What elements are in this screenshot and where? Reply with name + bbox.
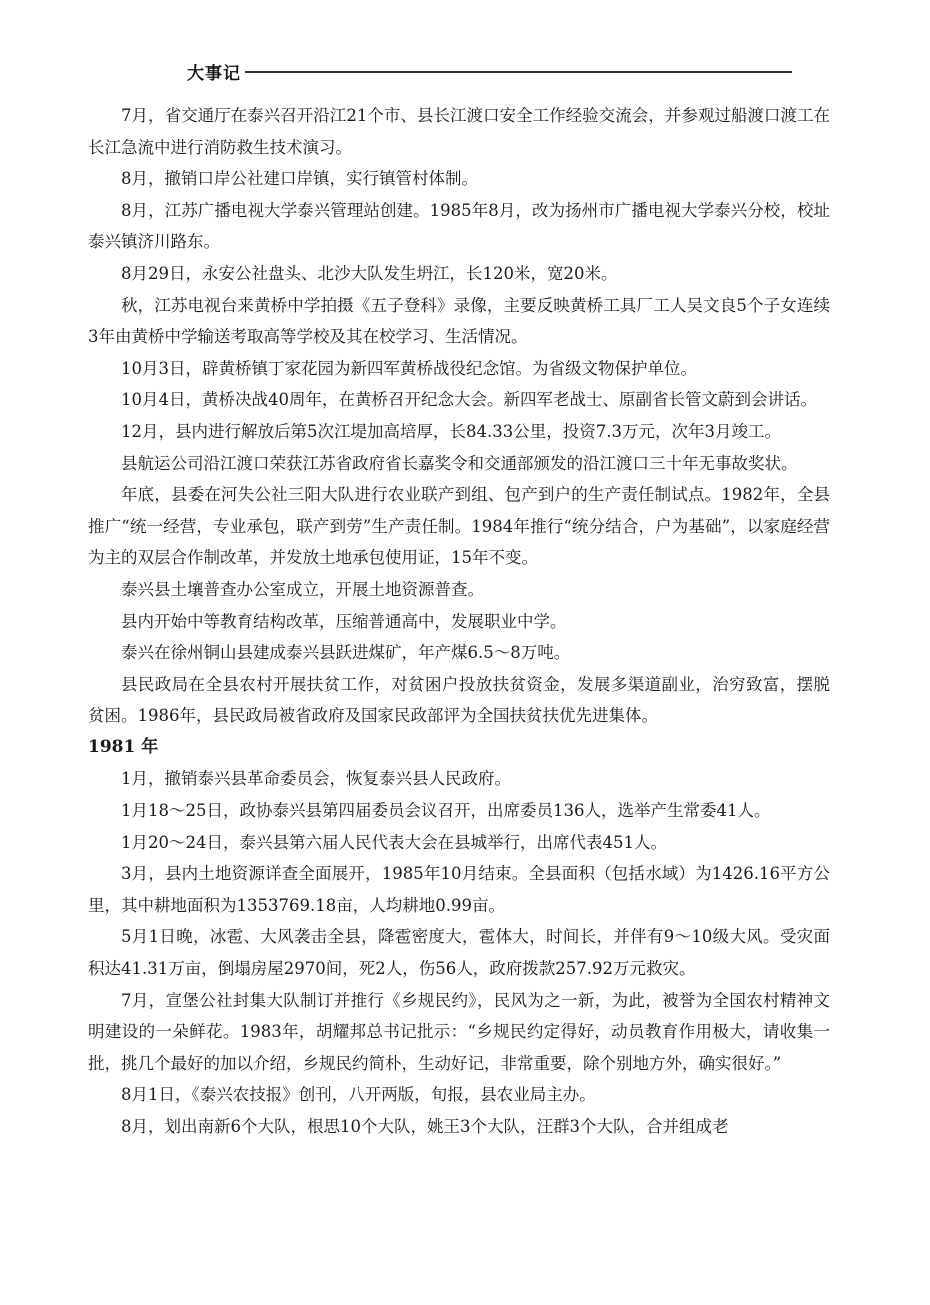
entry-paragraph: 秋，江苏电视台来黄桥中学拍摄《五子登科》录像，主要反映黄桥工具厂工人吴文良5个子… <box>88 290 830 353</box>
entry-paragraph: 8月，划出南新6个大队，根思10个大队，姚王3个大队，汪群3个大队，合并组成老 <box>88 1111 830 1143</box>
entry-paragraph: 7月，宣堡公社封集大队制订并推行《乡规民约》，民风为之一新，为此，被誉为全国农村… <box>88 985 830 1080</box>
entry-paragraph: 1月，撤销泰兴县革命委员会，恢复泰兴县人民政府。 <box>88 763 830 795</box>
page-body: 7月，省交通厅在泰兴召开沿江21个市、县长江渡口安全工作经验交流会，并参观过船渡… <box>88 100 830 1143</box>
entry-paragraph: 5月1日晚，冰雹、大风袭击全县，降雹密度大，雹体大，时间长，并伴有9～10级大风… <box>88 921 830 984</box>
entry-paragraph: 县航运公司沿江渡口荣获江苏省政府省长嘉奖令和交通部颁发的沿江渡口三十年无事故奖状… <box>88 448 830 480</box>
running-header-title: 大事记 <box>187 59 241 84</box>
entry-paragraph: 8月，撤销口岸公社建口岸镇，实行镇管村体制。 <box>88 163 830 195</box>
entry-paragraph: 县内开始中等教育结构改革，压缩普通高中，发展职业中学。 <box>88 606 830 638</box>
entry-paragraph: 泰兴在徐州铜山县建成泰兴县跃进煤矿，年产煤6.5～8万吨。 <box>88 637 830 669</box>
entry-paragraph: 1月20～24日，泰兴县第六届人民代表大会在县城举行，出席代表451人。 <box>88 827 830 859</box>
entry-paragraph: 7月，省交通厅在泰兴召开沿江21个市、县长江渡口安全工作经验交流会，并参观过船渡… <box>88 100 830 163</box>
entry-paragraph: 泰兴县土壤普查办公室成立，开展土地资源普查。 <box>88 574 830 606</box>
entry-paragraph: 年底，县委在河失公社三阳大队进行农业联产到组、包产到户的生产责任制试点。1982… <box>88 479 830 574</box>
entry-paragraph: 8月，江苏广播电视大学泰兴管理站创建。1985年8月，改为扬州市广播电视大学泰兴… <box>88 195 830 258</box>
entry-paragraph: 1月18～25日，政协泰兴县第四届委员会议召开，出席委员136人，选举产生常委4… <box>88 795 830 827</box>
entry-paragraph: 8月29日，永安公社盘头、北沙大队发生坍江，长120米，宽20米。 <box>88 258 830 290</box>
entry-paragraph: 8月1日，《泰兴农技报》创刊，八开两版，旬报，县农业局主办。 <box>88 1079 830 1111</box>
year-heading-1981: 1981 年 <box>88 732 830 764</box>
header-rule <box>245 71 792 73</box>
entry-paragraph: 10月4日，黄桥决战40周年，在黄桥召开纪念大会。新四军老战士、原副省长管文蔚到… <box>88 384 830 416</box>
entry-paragraph: 10月3日，辟黄桥镇丁家花园为新四军黄桥战役纪念馆。为省级文物保护单位。 <box>88 353 830 385</box>
running-header: 大事记 <box>187 60 792 82</box>
entry-paragraph: 3月，县内土地资源详查全面展开，1985年10月结束。全县面积（包括水域）为14… <box>88 858 830 921</box>
entry-paragraph: 12月，县内进行解放后第5次江堤加高培厚，长84.33公里，投资7.3万元，次年… <box>88 416 830 448</box>
entry-paragraph: 县民政局在全县农村开展扶贫工作，对贫困户投放扶贫资金，发展多渠道副业，治穷致富，… <box>88 669 830 732</box>
